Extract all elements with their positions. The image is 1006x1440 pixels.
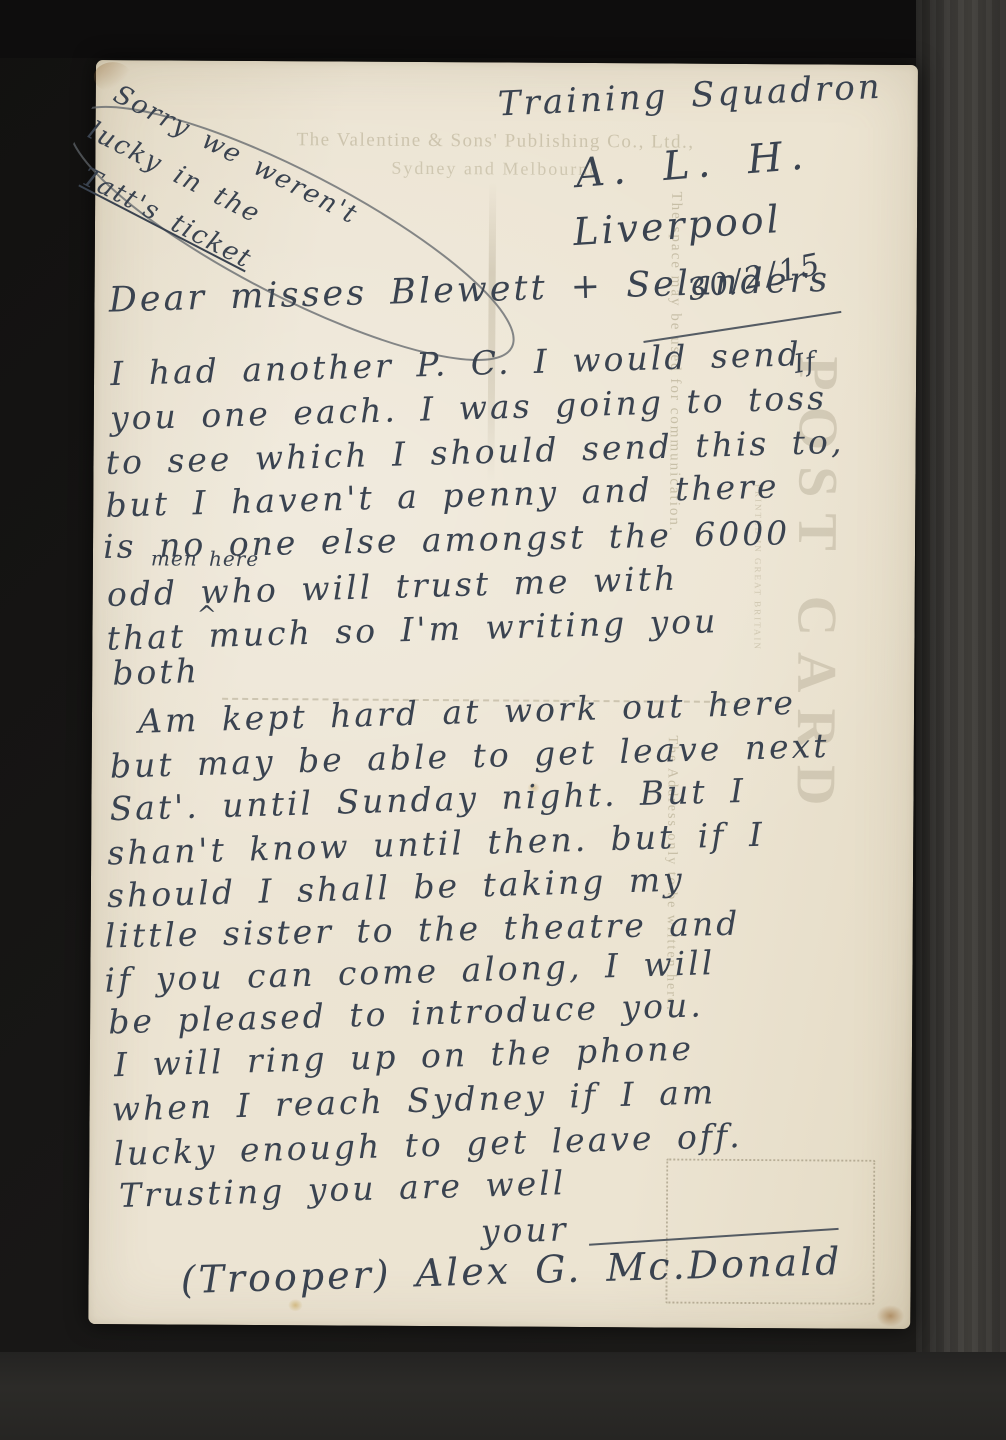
backdrop-top-strip — [0, 0, 1006, 58]
photo-backdrop: The Valentine & Sons' Publishing Co., Lt… — [0, 0, 1006, 1440]
backdrop-bottom-strip — [0, 1352, 1006, 1440]
backdrop-right-strip — [916, 0, 1006, 1440]
handwriting-line: your — [480, 1209, 569, 1251]
postcard: The Valentine & Sons' Publishing Co., Lt… — [88, 60, 918, 1329]
handwriting-line: both — [112, 651, 201, 693]
origin-notice-vertical: PRINTED IN GREAT BRITAIN — [752, 484, 763, 664]
